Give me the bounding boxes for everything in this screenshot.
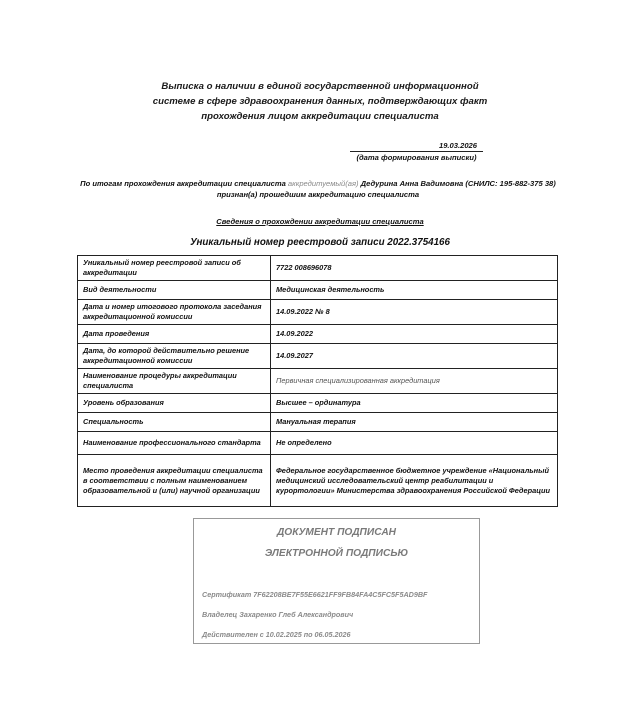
section-heading: Сведения о прохождении аккредитации спец… (170, 217, 470, 226)
document-title: Выписка о наличии в единой государственн… (100, 79, 540, 124)
table-row: Специальность Мануальная терапия (78, 413, 558, 432)
table-row: Наименование процедуры аккредитации спец… (78, 369, 558, 394)
title-line-1: Выписка о наличии в единой государственн… (100, 79, 540, 94)
table-row: Вид деятельности Медицинская деятельност… (78, 281, 558, 300)
extract-date-block: 19.03.2026 (дата формирования выписки) (350, 140, 483, 164)
row-key: Дата проведения (78, 325, 271, 344)
row-key: Уровень образования (78, 394, 271, 413)
row-key: Вид деятельности (78, 281, 271, 300)
extract-date-caption: (дата формирования выписки) (350, 152, 483, 164)
stamp-heading-2: ЭЛЕКТРОННОЙ ПОДПИСЬЮ (194, 548, 479, 559)
row-value: 14.09.2022 (271, 325, 558, 344)
accreditation-info-table: Уникальный номер реестровой записи об ак… (77, 255, 558, 507)
result-part-1: По итогам прохождения аккредитации специ… (80, 179, 288, 188)
title-line-2: системе в сфере здравоохранения данных, … (100, 94, 540, 109)
table-row: Наименование профессионального стандарта… (78, 432, 558, 455)
electronic-signature-stamp: ДОКУМЕНТ ПОДПИСАН ЭЛЕКТРОННОЙ ПОДПИСЬЮ С… (193, 518, 480, 644)
row-key: Специальность (78, 413, 271, 432)
row-value: Федеральное государственное бюджетное уч… (271, 455, 558, 507)
row-value: 14.09.2022 № 8 (271, 300, 558, 325)
accreditation-result-text: По итогам прохождения аккредитации специ… (78, 178, 558, 200)
table-row: Уровень образования Высшее – ординатура (78, 394, 558, 413)
registry-number-heading: Уникальный номер реестровой записи 2022.… (120, 237, 520, 248)
row-value: Высшее – ординатура (271, 394, 558, 413)
table-row: Дата проведения 14.09.2022 (78, 325, 558, 344)
row-key: Уникальный номер реестровой записи об ак… (78, 256, 271, 281)
row-value: 7722 008696078 (271, 256, 558, 281)
row-value: Медицинская деятельность (271, 281, 558, 300)
row-value: Первичная специализированная аккредитаци… (271, 369, 558, 394)
row-key: Дата, до которой действительно решение а… (78, 344, 271, 369)
row-value: 14.09.2027 (271, 344, 558, 369)
table-row: Дата и номер итогового протокола заседан… (78, 300, 558, 325)
row-key: Наименование профессионального стандарта (78, 432, 271, 455)
row-value: Не определено (271, 432, 558, 455)
extract-date: 19.03.2026 (350, 140, 483, 152)
row-key: Дата и номер итогового протокола заседан… (78, 300, 271, 325)
row-value: Мануальная терапия (271, 413, 558, 432)
table-row: Дата, до которой действительно решение а… (78, 344, 558, 369)
stamp-owner: Владелец Захаренко Глеб Александрович (202, 610, 353, 619)
row-key: Наименование процедуры аккредитации спец… (78, 369, 271, 394)
stamp-validity: Действителен с 10.02.2025 по 06.05.2026 (202, 630, 351, 639)
row-key: Место проведения аккредитации специалист… (78, 455, 271, 507)
table-row: Уникальный номер реестровой записи об ак… (78, 256, 558, 281)
stamp-heading-1: ДОКУМЕНТ ПОДПИСАН (194, 527, 479, 538)
table-row: Место проведения аккредитации специалист… (78, 455, 558, 507)
stamp-certificate: Сертификат 7F62208BE7F55E6621FF9FB84FA4C… (202, 590, 427, 599)
result-part-2: аккредитуемый(ая) (288, 179, 359, 188)
title-line-3: прохождения лицом аккредитации специалис… (100, 109, 540, 124)
